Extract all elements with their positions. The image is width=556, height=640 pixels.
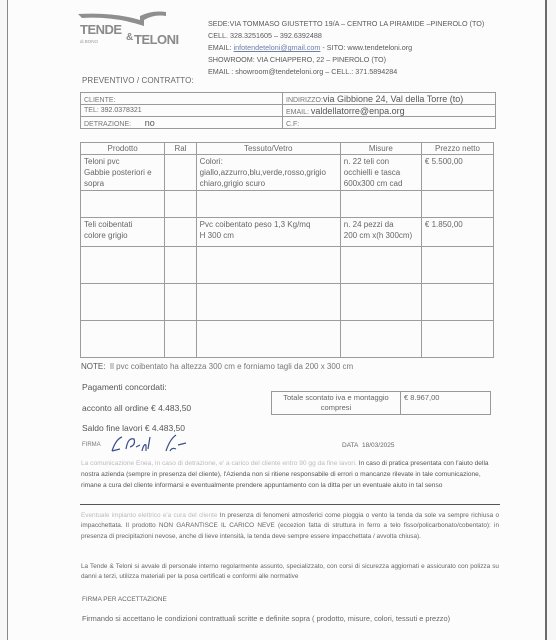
svg-text:TENDE: TENDE: [80, 22, 122, 37]
section-divider: [80, 504, 500, 505]
product-row: Teloni pvcGabbie posteriori esopraColori…: [81, 155, 494, 191]
misure-line: n. 24 pezzi da: [344, 219, 418, 230]
prodotto-line: sopra: [84, 178, 161, 189]
product-row: [81, 191, 494, 218]
company-logo: TENDE & TELONI di BONO: [74, 10, 192, 50]
impianto-paragraph: Eventuale impianto elettrico e'a cura de…: [81, 511, 499, 542]
cell-misure: [340, 191, 421, 218]
cell-prezzo: € 5.500,00: [421, 155, 493, 191]
cell-misure: n. 22 teli conocchielli e tasca600x300 c…: [340, 155, 421, 191]
products-header-row: Prodotto Ral Tessuto/Vetro Misure Prezzo…: [81, 143, 494, 155]
signature-icon: [106, 433, 196, 455]
firma-label: FIRMA: [82, 442, 101, 448]
product-row: [81, 284, 494, 321]
detrazione-cell: DETRAZIONE: no: [81, 117, 283, 129]
product-row: [81, 247, 494, 284]
accettazione-text: Firmando si accettano le condizioni cont…: [82, 614, 450, 623]
date-value: 18/03/2025: [362, 442, 395, 449]
note-label: NOTE:: [81, 362, 105, 371]
tessuto-line: giallo,azzurro,blu,verde,rosso,grigio: [200, 167, 337, 178]
logo-icon: TENDE & TELONI di BONO: [74, 10, 192, 50]
indirizzo-cell: INDIRIZZO:via Gibbione 24, Val della Tor…: [283, 93, 496, 105]
cell-tessuto: Colori:giallo,azzurro,blu,verde,rosso,gr…: [196, 155, 340, 191]
cell-prezzo: € 1.850,00: [421, 218, 493, 247]
cell-ral: [165, 191, 196, 218]
personale-paragraph: La Tende & Teloni si avvale di personale…: [81, 562, 499, 583]
cell-tessuto: [196, 284, 340, 321]
email-cell: EMAIL: valdellatorre@enpa.org: [283, 105, 496, 117]
firma-accettazione-label: FIRMA PER ACCETTAZIONE: [82, 596, 167, 603]
cell-misure: [340, 284, 421, 321]
prodotto-line: Teli coibentati: [84, 219, 161, 230]
cell-ral: [165, 155, 196, 191]
header-ral: Ral: [165, 143, 196, 155]
total-value: € 8.967,00: [401, 392, 491, 415]
tessuto-line: Colori:: [200, 156, 337, 167]
date-field: DATA 18/03/2025: [342, 442, 395, 449]
cell-tessuto: [196, 191, 340, 218]
cell-prezzo: [421, 191, 493, 218]
header-prodotto: Prodotto: [81, 143, 165, 155]
company-contacts: SEDE:VIA TOMMASO GIUSTETTO 19/A – CENTRO…: [208, 18, 484, 78]
payments-title: Pagamenti concordati:: [82, 382, 167, 392]
misure-line: occhielli e tasca: [344, 167, 418, 178]
cell-ral: [165, 218, 196, 247]
products-table: Prodotto Ral Tessuto/Vetro Misure Prezzo…: [80, 142, 494, 358]
product-row: Teli coibentaticolore grigioPvc coibenta…: [81, 218, 494, 247]
cell-misure: [340, 247, 421, 284]
showroom-address: SHOWROOM: VIA CHIAPPERO, 22 – PINEROLO (…: [208, 54, 484, 66]
cell-tessuto: Pvc coibentato peso 1,3 Kg/mqH 300 cm: [196, 218, 340, 247]
cell-misure: [340, 321, 421, 358]
svg-text:&: &: [126, 32, 133, 43]
total-label: Totale scontato iva e montaggio compresi: [272, 392, 401, 415]
header-prezzo: Prezzo netto: [421, 143, 493, 155]
impianto-faint-text: Eventuale impianto elettrico e'a cura de…: [81, 512, 217, 519]
cell-prodotto: [81, 247, 165, 284]
tessuto-line: chiaro,grigio scuro: [200, 178, 337, 189]
prodotto-line: colore grigio: [84, 230, 161, 241]
note-text: Il pvc coibentato ha altezza 300 cm e fo…: [110, 362, 353, 371]
cell-prodotto: [81, 284, 165, 321]
cell-tessuto: [196, 321, 340, 358]
handwritten-signature: [106, 433, 196, 460]
misure-line: 600x300 cm cad: [344, 178, 418, 189]
cell-prodotto: Teli coibentaticolore grigio: [81, 218, 165, 247]
cliente-cell: CLIENTE:: [81, 93, 283, 105]
note-line: NOTE: Il pvc coibentato ha altezza 300 c…: [81, 362, 353, 371]
cell-tessuto: [196, 247, 340, 284]
header-misure: Misure: [340, 143, 421, 155]
cell-ral: [165, 321, 196, 358]
prodotto-line: Teloni pvc: [84, 156, 161, 167]
enea-paragraph: La comunicazione Enea, in caso di detraz…: [81, 458, 499, 492]
saldo-line: Saldo fine lavori € 4.483,50: [82, 423, 185, 433]
email-site-line: EMAIL: infotendeteloni@gmail.com - SITO:…: [208, 42, 484, 54]
misure-line: 200 cm x(h 300cm): [344, 230, 418, 241]
cell-prodotto: [81, 321, 165, 358]
cell-misure: n. 24 pezzi da200 cm x(h 300cm): [340, 218, 421, 247]
company-email-link[interactable]: infotendeteloni@gmail.com: [234, 43, 321, 52]
cf-cell: C.F:: [283, 117, 496, 129]
cell-prezzo: [421, 321, 493, 358]
client-info-table: CLIENTE: INDIRIZZO:via Gibbione 24, Val …: [80, 92, 496, 129]
cell-ral: [165, 247, 196, 284]
site-text: - SITO: www.tendeteloni.org: [322, 43, 412, 52]
cell-prezzo: [421, 284, 493, 321]
header-tessuto: Tessuto/Vetro: [196, 143, 340, 155]
cell-prodotto: [81, 191, 165, 218]
misure-line: n. 22 teli con: [344, 156, 418, 167]
tessuto-line: Pvc coibentato peso 1,3 Kg/mq: [200, 219, 337, 230]
tel-cell: TEL: 392.0378321: [81, 105, 283, 117]
svg-text:di BONO: di BONO: [80, 39, 99, 44]
product-row: [81, 321, 494, 358]
enea-faint-text: La comunicazione Enea, in caso di detraz…: [81, 460, 357, 467]
document-page: TENDE & TELONI di BONO SEDE:VIA TOMMASO …: [7, 0, 547, 640]
svg-text:TELONI: TELONI: [134, 32, 179, 47]
prodotto-line: Gabbie posteriori e: [84, 167, 161, 178]
acconto-line: acconto all ordine € 4.483,50: [82, 403, 191, 413]
sede-address: SEDE:VIA TOMMASO GIUSTETTO 19/A – CENTRO…: [208, 18, 484, 30]
showroom-email: EMAIL : showroom@tendeteloni.org – CELL.…: [208, 66, 484, 78]
tessuto-line: H 300 cm: [200, 230, 337, 241]
total-box: Totale scontato iva e montaggio compresi…: [271, 391, 491, 415]
cell-prezzo: [421, 247, 493, 284]
cell-prodotto: Teloni pvcGabbie posteriori esopra: [81, 155, 165, 191]
document-title: PREVENTIVO / CONTRATTO:: [82, 76, 194, 85]
cell-numbers: CELL. 328.3251605 – 392.6392488: [208, 30, 484, 42]
cell-ral: [165, 284, 196, 321]
